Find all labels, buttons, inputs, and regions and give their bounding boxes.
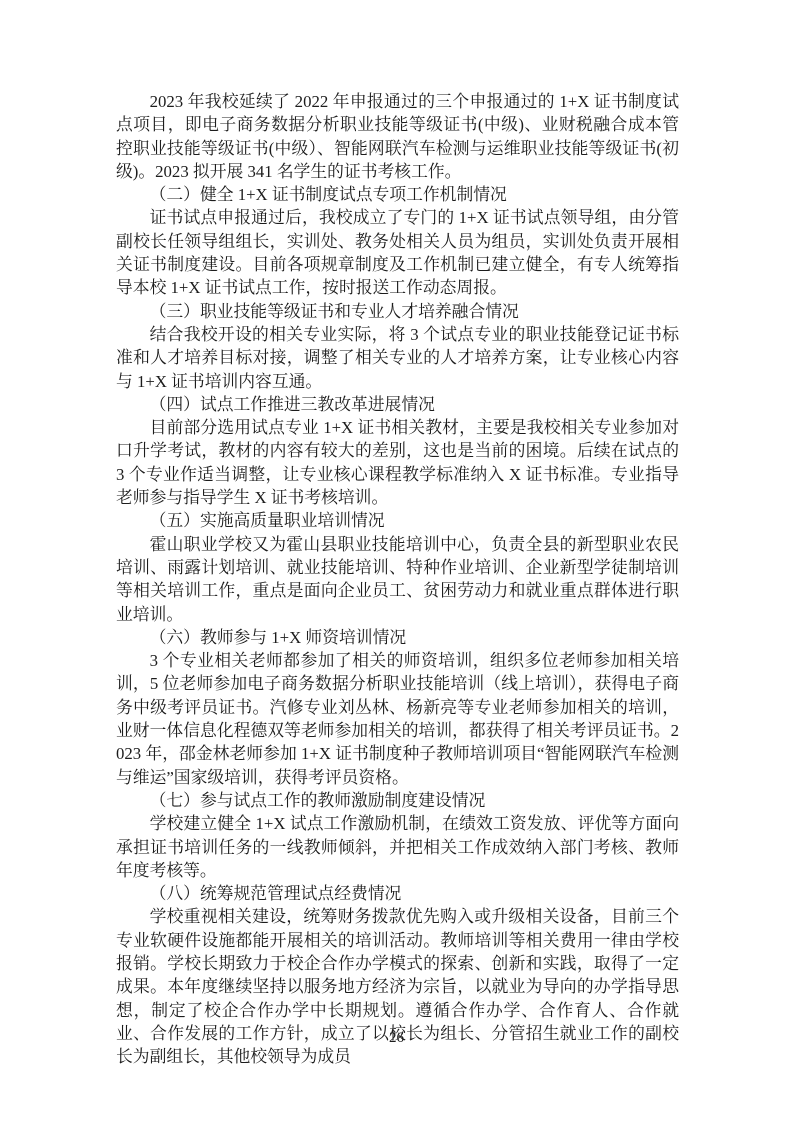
document-page: 2023 年我校延续了 2022 年申报通过的三个申报通过的 1+X 证书制度试… [0, 0, 793, 1122]
section-heading-7: （七）参与试点工作的教师激励制度建设情况 [116, 789, 679, 812]
section-heading-6: （六）教师参与 1+X 师资培训情况 [116, 626, 679, 649]
paragraph-section-5: 霍山职业学校又为霍山县职业技能培训中心，负责全县的新型职业农民培训、雨露计划培训… [116, 533, 679, 626]
paragraph-section-7: 学校建立健全 1+X 试点工作激励机制，在绩效工资发放、评优等方面向承担证书培训… [116, 812, 679, 882]
section-heading-4: （四）试点工作推进三教改革进展情况 [116, 393, 679, 416]
document-body: 2023 年我校延续了 2022 年申报通过的三个申报通过的 1+X 证书制度试… [116, 90, 679, 1068]
section-heading-3: （三）职业技能等级证书和专业人才培养融合情况 [116, 300, 679, 323]
paragraph-intro: 2023 年我校延续了 2022 年申报通过的三个申报通过的 1+X 证书制度试… [116, 90, 679, 183]
section-heading-8: （八）统筹规范管理试点经费情况 [116, 882, 679, 905]
paragraph-section-2: 证书试点申报通过后，我校成立了专门的 1+X 证书试点领导组，由分管副校长任领导… [116, 206, 679, 299]
page-number: 26 [0, 1030, 793, 1047]
paragraph-section-3: 结合我校开设的相关专业实际，将 3 个试点专业的职业技能登记证书标准和人才培养目… [116, 323, 679, 393]
paragraph-section-4: 目前部分选用试点专业 1+X 证书相关教材，主要是我校相关专业参加对口升学考试，… [116, 416, 679, 509]
section-heading-2: （二）健全 1+X 证书制度试点专项工作机制情况 [116, 183, 679, 206]
section-heading-5: （五）实施高质量职业培训情况 [116, 509, 679, 532]
paragraph-section-6: 3 个专业相关老师都参加了相关的师资培训，组织多位老师参加相关培训，5 位老师参… [116, 649, 679, 789]
